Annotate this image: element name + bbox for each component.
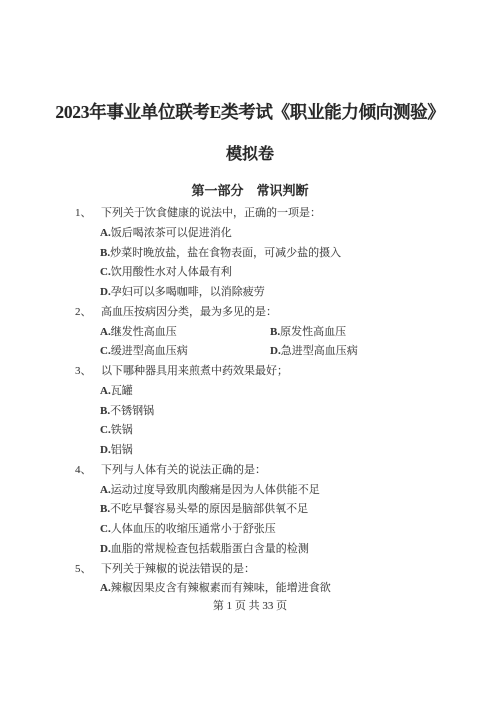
question-number: 1、 — [75, 204, 101, 224]
option-label: C. — [100, 345, 111, 357]
option: B.原发性高血压 — [270, 323, 500, 343]
option-label: A. — [100, 227, 111, 239]
question-stem: 高血压按病因分类，最为多见的是： — [101, 303, 500, 323]
option: B.不锈钢锅 — [0, 402, 500, 422]
option-label: D. — [100, 444, 111, 456]
document-page: 2023年事业单位联考E类考试《职业能力倾向测验》 模拟卷 第一部分 常识判断 … — [0, 0, 500, 707]
option-label: B. — [100, 405, 110, 417]
option: A.继发性高血压 — [100, 323, 270, 343]
option-text: 缓进型高血压病 — [111, 345, 188, 357]
option-text: 孕妇可以多喝咖啡，以消除疲劳 — [111, 286, 265, 298]
option-text: 炒菜时晚放盐，盐在食物表面，可减少盐的摄入 — [110, 247, 341, 259]
option-text: 血脂的常规检查包括载脂蛋白含量的检测 — [111, 543, 309, 555]
option-label: C. — [100, 266, 111, 278]
option-label: D. — [100, 286, 111, 298]
option-text: 饭后喝浓茶可以促进消化 — [111, 227, 232, 239]
option-text: 继发性高血压 — [111, 326, 177, 338]
option: C.铁锅 — [0, 421, 500, 441]
page-subtitle: 模拟卷 — [0, 141, 500, 164]
option: D.铝锅 — [0, 441, 500, 461]
question-block: 3、 以下哪种器具用来煎煮中药效果最好； A.瓦罐 B.不锈钢锅 C.铁锅 D.… — [0, 362, 500, 461]
option-text: 原发性高血压 — [280, 326, 346, 338]
option-label: C. — [100, 424, 111, 436]
option: C.缓进型高血压病 — [100, 342, 270, 362]
page-title: 2023年事业单位联考E类考试《职业能力倾向测验》 — [0, 99, 500, 124]
option-label: B. — [100, 247, 110, 259]
option-text: 人体血压的收缩压通常小于舒张压 — [111, 523, 276, 535]
option-text: 铝锅 — [111, 444, 133, 456]
section-heading: 第一部分 常识判断 — [0, 180, 500, 199]
question-number: 5、 — [75, 560, 101, 580]
option: B.不吃早餐容易头晕的原因是脑部供氧不足 — [0, 500, 500, 520]
option: A.饭后喝浓茶可以促进消化 — [0, 224, 500, 244]
option: C.人体血压的收缩压通常小于舒张压 — [0, 520, 500, 540]
option-text: 瓦罐 — [111, 385, 133, 397]
page-footer: 第 1 页 共 33 页 — [0, 597, 500, 613]
option-text: 运动过度导致肌肉酸痛是因为人体供能不足 — [111, 484, 320, 496]
question-number: 3、 — [75, 362, 101, 382]
option: A.瓦罐 — [0, 382, 500, 402]
question-stem: 以下哪种器具用来煎煮中药效果最好； — [101, 362, 500, 382]
option-label: A. — [100, 326, 111, 338]
question-list: 1、 下列关于饮食健康的说法中，正确的一项是： A.饭后喝浓茶可以促进消化 B.… — [0, 204, 500, 599]
question-stem: 下列与人体有关的说法正确的是： — [101, 461, 500, 481]
question-block: 4、 下列与人体有关的说法正确的是： A.运动过度导致肌肉酸痛是因为人体供能不足… — [0, 461, 500, 560]
option-text: 不锈钢锅 — [110, 405, 154, 417]
question-block: 1、 下列关于饮食健康的说法中，正确的一项是： A.饭后喝浓茶可以促进消化 B.… — [0, 204, 500, 303]
option-label: A. — [100, 385, 111, 397]
question-stem: 下列关于辣椒的说法错误的是： — [101, 560, 500, 580]
option-text: 饮用酸性水对人体最有利 — [111, 266, 232, 278]
option-label: D. — [100, 543, 111, 555]
option: C.饮用酸性水对人体最有利 — [0, 263, 500, 283]
option-label: A. — [100, 484, 111, 496]
option-label: B. — [100, 503, 110, 515]
option: D.孕妇可以多喝咖啡，以消除疲劳 — [0, 283, 500, 303]
option-text: 铁锅 — [111, 424, 133, 436]
question-number: 2、 — [75, 303, 101, 323]
option-text: 辣椒因果皮含有辣椒素而有辣味，能增进食欲 — [111, 582, 331, 594]
option-label: D. — [270, 345, 281, 357]
option: B.炒菜时晚放盐，盐在食物表面，可减少盐的摄入 — [0, 244, 500, 264]
question-stem: 下列关于饮食健康的说法中，正确的一项是： — [101, 204, 500, 224]
question-block: 2、 高血压按病因分类，最为多见的是： A.继发性高血压 B.原发性高血压 C.… — [0, 303, 500, 362]
option-label: B. — [270, 326, 280, 338]
question-number: 4、 — [75, 461, 101, 481]
option-label: C. — [100, 523, 111, 535]
option: D.急进型高血压病 — [270, 342, 500, 362]
option: A.运动过度导致肌肉酸痛是因为人体供能不足 — [0, 481, 500, 501]
option-text: 急进型高血压病 — [281, 345, 358, 357]
option: D.血脂的常规检查包括载脂蛋白含量的检测 — [0, 540, 500, 560]
option-label: A. — [100, 582, 111, 594]
question-block: 5、 下列关于辣椒的说法错误的是： A.辣椒因果皮含有辣椒素而有辣味，能增进食欲 — [0, 560, 500, 600]
option-text: 不吃早餐容易头晕的原因是脑部供氧不足 — [110, 503, 308, 515]
